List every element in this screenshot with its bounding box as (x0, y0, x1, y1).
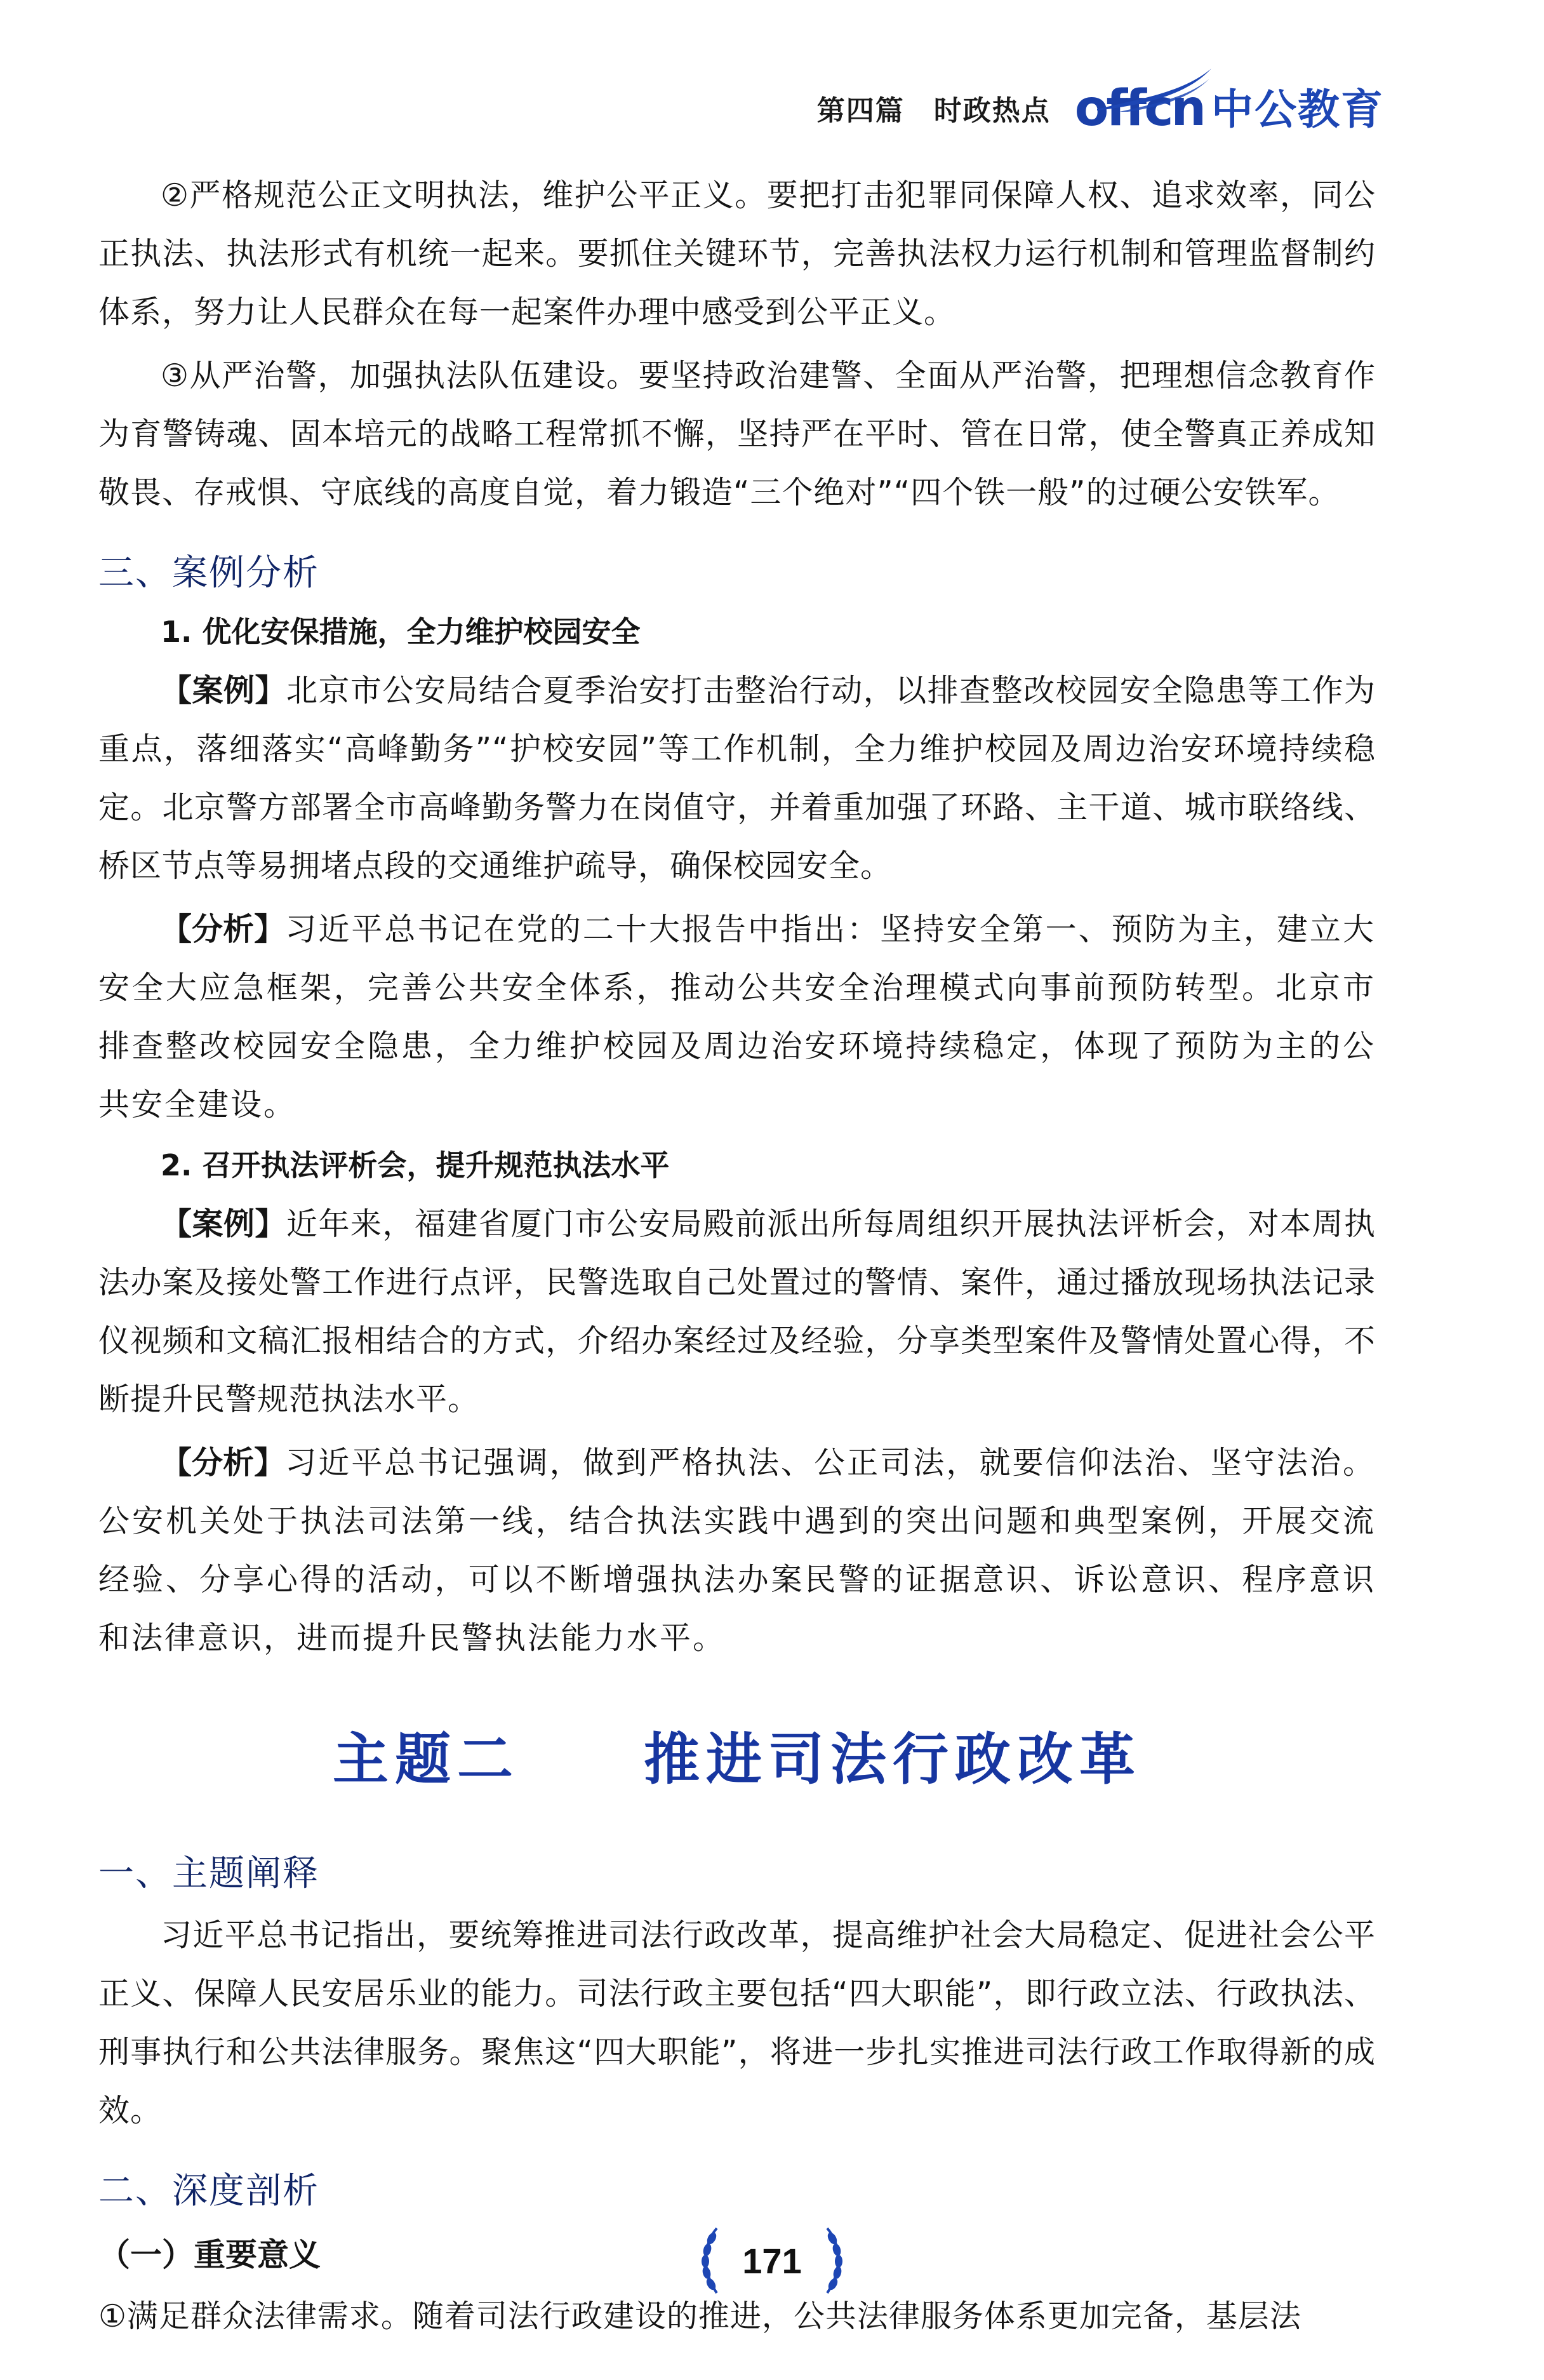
page-number: 171 (742, 2240, 801, 2282)
case-tag: 【案例】 (161, 1206, 286, 1242)
chapter-label: 第四篇 时政热点 (817, 88, 1051, 128)
section-heading-in-depth-analysis: 二、深度剖析 (98, 2163, 1376, 2220)
logo-swoosh-icon (1094, 67, 1215, 112)
laurel-right-icon (821, 2226, 846, 2296)
analysis-paragraph-2: 【分析】习近平总书记强调，做到严格执法、公正司法，就要信仰法治、坚守法治。公安机… (98, 1434, 1376, 1668)
page-footer: 171 (0, 2226, 1544, 2296)
section-heading-topic-explanation: 一、主题阐释 (98, 1845, 1376, 1902)
case-text: 北京市公安局结合夏季治安打击整治行动，以排查整改校园安全隐患等工作为重点，落细落… (98, 672, 1376, 884)
case-text: 近年来，福建省厦门市公安局殿前派出所每周组织开展执法评析会，对本周执法办案及接处… (98, 1206, 1376, 1417)
paragraph-topic-explanation: 习近平总书记指出，要统筹推进司法行政改革，提高维护社会大局稳定、促进社会公平正义… (98, 1906, 1376, 2140)
book-page: 第四篇 时政热点 offcn 中公教育 ②严格规范公正文明执法，维护公平正义。要… (0, 0, 1544, 2380)
page-header: 第四篇 时政热点 offcn 中公教育 (817, 76, 1384, 133)
case-tag: 【案例】 (161, 672, 286, 709)
case-paragraph-1: 【案例】北京市公安局结合夏季治安打击整治行动，以排查整改校园安全隐患等工作为重点… (98, 662, 1376, 895)
analysis-tag: 【分析】 (161, 1445, 285, 1481)
paragraph-significance-1: ①满足群众法律需求。随着司法行政建设的推进，公共法律服务体系更加完备，基层法 (98, 2287, 1376, 2346)
topic-title: 主题二 推进司法行政改革 (98, 1725, 1376, 1795)
page-content: ②严格规范公正文明执法，维护公平正义。要把打击犯罪同保障人权、追求效率，同公正执… (98, 166, 1376, 2351)
laurel-left-icon (698, 2226, 723, 2296)
offcn-logo: offcn 中公教育 (1075, 84, 1384, 133)
section-heading-case-analysis: 三、案例分析 (98, 545, 1376, 602)
case-title-1: 1. 优化安保措施，全力维护校园安全 (98, 606, 1376, 658)
analysis-paragraph-1: 【分析】习近平总书记在党的二十大报告中指出：坚持安全第一、预防为主，建立大安全大… (98, 900, 1376, 1134)
analysis-text: 习近平总书记强调，做到严格执法、公正司法，就要信仰法治、坚守法治。公安机关处于执… (98, 1445, 1376, 1656)
analysis-tag: 【分析】 (161, 911, 285, 947)
logo-text-cn: 中公教育 (1211, 86, 1384, 133)
paragraph-strict-law-enforcement: ②严格规范公正文明执法，维护公平正义。要把打击犯罪同保障人权、追求效率，同公正执… (98, 166, 1376, 342)
case-paragraph-2: 【案例】近年来，福建省厦门市公安局殿前派出所每周组织开展执法评析会，对本周执法办… (98, 1195, 1376, 1429)
paragraph-strict-police-governance: ③从严治警，加强执法队伍建设。要坚持政治建警、全面从严治警，把理想信念教育作为育… (98, 347, 1376, 522)
analysis-text: 习近平总书记在党的二十大报告中指出：坚持安全第一、预防为主，建立大安全大应急框架… (98, 911, 1376, 1123)
case-title-2: 2. 召开执法评析会，提升规范执法水平 (98, 1139, 1376, 1191)
